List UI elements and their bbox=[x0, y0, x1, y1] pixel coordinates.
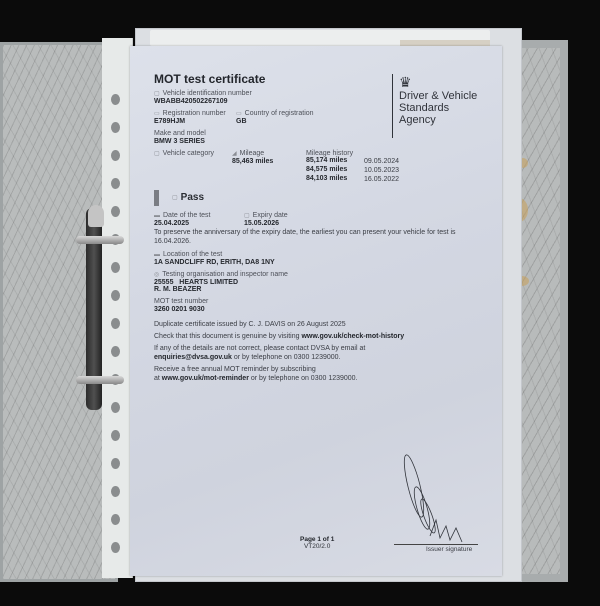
contact-email-link[interactable]: enquiries@dvsa.gov.uk bbox=[154, 354, 232, 361]
testing-org-value: 25555 HEARTS LIMITED bbox=[154, 279, 484, 286]
mileage-history-miles: 85,174 miles bbox=[306, 157, 364, 166]
test-date-label: Date of the test bbox=[163, 212, 210, 219]
test-date-value: 25.04.2025 bbox=[154, 220, 244, 227]
registration-value: E789HJM bbox=[154, 118, 236, 125]
contact-note-text: If any of the details are not correct, p… bbox=[154, 344, 484, 353]
punch-hole bbox=[111, 122, 120, 133]
signature-label: Issuer signature bbox=[426, 546, 472, 553]
check-mot-history-link[interactable]: www.gov.uk/check-mot-history bbox=[301, 333, 404, 340]
form-code: VT20/2.0 bbox=[300, 543, 334, 550]
expiry-date-value: 15.05.2026 bbox=[244, 220, 288, 227]
punch-hole bbox=[111, 150, 120, 161]
mileage-history-miles: 84,103 miles bbox=[306, 175, 364, 184]
mot-certificate: MOT test certificate ▢Vehicle identifica… bbox=[130, 46, 502, 576]
mileage-history-label: Mileage history bbox=[306, 150, 353, 157]
country-value: GB bbox=[236, 118, 314, 125]
logo-line: Agency bbox=[399, 114, 499, 126]
punch-hole bbox=[111, 402, 120, 413]
vehicle-category-label: Vehicle category bbox=[163, 150, 214, 157]
reminder-note: Receive a free annual MOT reminder by su… bbox=[154, 365, 484, 383]
mileage-history-date: 16.05.2022 bbox=[364, 175, 399, 184]
logo-line: Standards bbox=[399, 102, 499, 114]
punch-hole bbox=[111, 206, 120, 217]
test-number-label: MOT test number bbox=[154, 298, 208, 305]
check-note-text: Check that this document is genuine by v… bbox=[154, 333, 301, 340]
vin-label: Vehicle identification number bbox=[163, 90, 252, 97]
certificate-footer: Page 1 of 1 VT20/2.0 bbox=[300, 536, 334, 550]
mileage-label: Mileage bbox=[240, 150, 265, 157]
signature-icon bbox=[392, 446, 482, 546]
punch-hole bbox=[111, 178, 120, 189]
country-label: Country of registration bbox=[245, 110, 314, 117]
signature-line bbox=[394, 544, 478, 545]
anniversary-note: To preserve the anniversary of the expir… bbox=[154, 228, 484, 246]
duplicate-note: Duplicate certificate issued by C. J. DA… bbox=[154, 320, 484, 329]
mileage-history-date: 10.05.2023 bbox=[364, 166, 399, 175]
make-model-label: Make and model bbox=[154, 130, 206, 137]
binder-ring-clip bbox=[88, 205, 104, 227]
reminder-phone-text: or by telephone on 0300 1239000. bbox=[249, 375, 358, 382]
result-bar bbox=[154, 190, 159, 206]
make-model-value: BMW 3 SERIES bbox=[154, 138, 484, 145]
check-icon: ▢ bbox=[172, 194, 178, 201]
royal-crest-icon: ♛ bbox=[399, 74, 499, 90]
mileage-history-list: 85,174 miles09.05.202484,575 miles10.05.… bbox=[306, 157, 399, 184]
reminder-note-text: Receive a free annual MOT reminder by su… bbox=[154, 365, 484, 374]
page-number: Page 1 of 1 bbox=[300, 536, 334, 543]
mileage-history-row: 84,103 miles16.05.2022 bbox=[306, 175, 399, 184]
punch-hole bbox=[111, 94, 120, 105]
result-status: Pass bbox=[181, 192, 204, 203]
mileage-value: 85,463 miles bbox=[232, 158, 306, 165]
logo-line: Driver & Vehicle bbox=[399, 90, 499, 102]
location-label: Location of the test bbox=[163, 251, 222, 258]
binder-ring[interactable] bbox=[76, 236, 124, 244]
info-icon: ▭ bbox=[154, 110, 160, 117]
mileage-history-miles: 84,575 miles bbox=[306, 166, 364, 175]
calendar-icon: ▢ bbox=[244, 212, 250, 219]
mileage-history-row: 85,174 miles09.05.2024 bbox=[306, 157, 399, 166]
dvsa-logo: ♛ Driver & Vehicle Standards Agency bbox=[392, 74, 499, 138]
info-icon: ▢ bbox=[154, 150, 160, 157]
mot-reminder-link[interactable]: www.gov.uk/mot-reminder bbox=[162, 375, 249, 382]
punch-hole bbox=[111, 262, 120, 273]
testing-org-label: Testing organisation and inspector name bbox=[162, 271, 288, 278]
expiry-date-label: Expiry date bbox=[253, 212, 288, 219]
test-number-value: 3260 0201 9030 bbox=[154, 306, 484, 313]
location-icon: ▬ bbox=[154, 252, 160, 258]
contact-phone-text: or by telephone on 0300 1239000. bbox=[232, 354, 341, 361]
check-note: Check that this document is genuine by v… bbox=[154, 332, 484, 341]
punch-hole bbox=[111, 430, 120, 441]
result-block: ▢ Pass bbox=[154, 190, 484, 208]
reminder-prefix: at bbox=[154, 375, 162, 382]
location-value: 1A SANDCLIFF RD, ERITH, DA8 1NY bbox=[154, 259, 484, 266]
contact-note: If any of the details are not correct, p… bbox=[154, 344, 484, 362]
punch-hole bbox=[111, 318, 120, 329]
punch-hole bbox=[111, 514, 120, 525]
punch-hole bbox=[111, 290, 120, 301]
punch-hole bbox=[111, 346, 120, 357]
registration-label: Registration number bbox=[163, 110, 226, 117]
person-icon: ◎ bbox=[154, 271, 159, 278]
punch-hole bbox=[111, 458, 120, 469]
mileage-history-date: 09.05.2024 bbox=[364, 157, 399, 166]
mileage-history-row: 84,575 miles10.05.2023 bbox=[306, 166, 399, 175]
gauge-icon: ◢ bbox=[232, 150, 237, 157]
punch-hole bbox=[111, 542, 120, 553]
info-icon: ▭ bbox=[236, 110, 242, 117]
punch-pocket-strip bbox=[102, 38, 133, 578]
calendar-icon: ▬ bbox=[154, 213, 160, 219]
info-icon: ▢ bbox=[154, 90, 160, 97]
inspector-name: R. M. BEAZER bbox=[154, 286, 484, 293]
binder-ring[interactable] bbox=[76, 376, 124, 384]
punch-hole bbox=[111, 486, 120, 497]
